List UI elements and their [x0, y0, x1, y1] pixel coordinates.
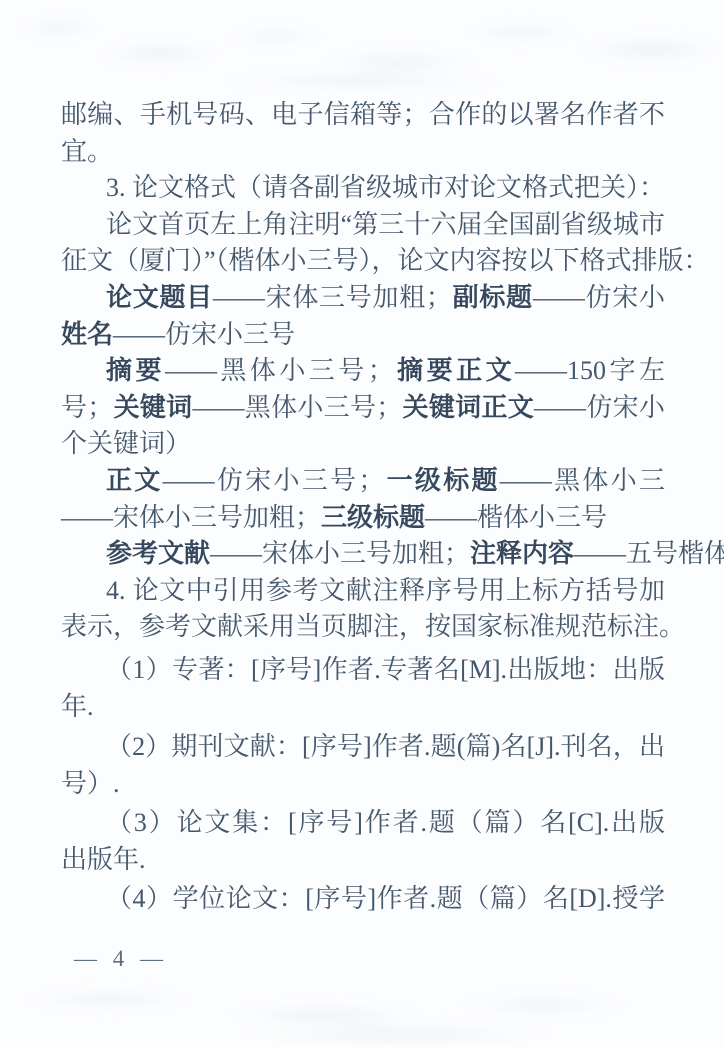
document-body: 邮编、手机号码、电子信箱等；合作的以署名作者不超过3人为宜。3. 论文格式（请各… — [61, 97, 665, 918]
text-run: ——仿宋小三号 — [113, 320, 295, 349]
text-line: 号）. — [61, 766, 665, 803]
text-run: 邮编、手机号码、电子信箱等；合作的以署名作者不超过3人为 — [61, 100, 665, 134]
text-line: 个关键词） — [61, 426, 665, 463]
text-run: 宜。 — [61, 137, 113, 166]
text-run: 论文首页左上角注明“第三十六届全国副省级城市法治论坛 — [61, 210, 665, 244]
document-page: 邮编、手机号码、电子信箱等；合作的以署名作者不超过3人为宜。3. 论文格式（请各… — [0, 0, 724, 1047]
text-line: 正文——仿宋小三号；一级标题——黑体小三号；二级标题 — [61, 463, 665, 500]
bold-run: 三级标题 — [321, 503, 425, 532]
text-run: 号）. — [61, 769, 120, 798]
bold-run: 副标题 — [452, 283, 533, 312]
text-run: 号； — [61, 393, 113, 422]
text-run: ——宋体小三号加粗； — [61, 503, 321, 532]
text-line: 3. 论文格式（请各副省级城市对论文格式把关）： — [61, 170, 665, 207]
bold-run: 摘要正文 — [394, 356, 515, 385]
text-run: 年. — [61, 692, 94, 721]
text-line: 征文（厦门）”（楷体小三号），论文内容按以下格式排版： — [61, 243, 665, 280]
text-run: 出版年. — [61, 845, 146, 874]
text-run: 4. 论文中引用参考文献注释序号用上标方括号加数字如[1] — [61, 576, 665, 610]
bold-run: 关键词正文 — [402, 393, 534, 422]
bold-run: 参考文献 — [106, 539, 210, 568]
text-run: 3. 论文格式（请各副省级城市对论文格式把关）： — [106, 173, 665, 202]
text-line: 邮编、手机号码、电子信箱等；合作的以署名作者不超过3人为 — [61, 97, 665, 134]
text-line: 姓名——仿宋小三号 — [61, 317, 665, 354]
text-run: ——五号楷体。 — [574, 539, 724, 568]
text-line: （4）学位论文：[序号]作者.题（篇）名[D].授学位地：授学 — [61, 881, 665, 918]
text-run: ——黑体小三号； — [192, 393, 402, 422]
text-run: ——宋体小三号加粗； — [210, 539, 470, 568]
bold-run: 正文 — [106, 466, 163, 495]
text-line: （2）期刊文献：[序号]作者.题(篇)名[J].刊名，出版年（期 — [61, 729, 665, 766]
text-run: ——仿宋小三号； — [163, 466, 385, 495]
bleed-through-top — [0, 2, 724, 88]
text-run: 征文（厦门）”（楷体小三号），论文内容按以下格式排版： — [61, 246, 710, 275]
bold-run: 姓名 — [61, 320, 113, 349]
text-run: ——楷体小三号 — [425, 503, 607, 532]
text-run: ——黑体小三号； — [165, 356, 394, 385]
bold-run: 论文题目 — [106, 283, 213, 312]
text-run: 个关键词） — [61, 429, 191, 458]
bold-run: 摘要 — [106, 356, 165, 385]
bold-run: 一级标题 — [384, 466, 499, 495]
text-run: （3）论文集：[序号]作者.题（篇）名[C].出版地：出版社， — [61, 808, 665, 842]
text-line: 论文首页左上角注明“第三十六届全国副省级城市法治论坛 — [61, 207, 665, 244]
text-line: （3）论文集：[序号]作者.题（篇）名[C].出版地：出版社， — [61, 805, 665, 842]
text-line: （1）专著：[序号]作者.专著名[M].出版地：出版社，出版 — [61, 652, 665, 689]
bleed-through-bottom — [0, 980, 724, 1044]
text-line: 年. — [61, 689, 665, 726]
text-line: 摘要——黑体小三号；摘要正文——150字左右，仿宋小三 — [61, 353, 665, 390]
text-run: （2）期刊文献：[序号]作者.题(篇)名[J].刊名，出版年（期 — [61, 732, 665, 766]
text-line: 论文题目——宋体三号加粗；副标题——仿宋小三号；作者 — [61, 280, 665, 317]
text-line: 号；关键词——黑体小三号；关键词正文——仿宋小三号（3-5 — [61, 390, 665, 427]
text-run: ——宋体三号加粗； — [213, 283, 452, 312]
text-line: 表示，参考文献采用当页脚注，按国家标准规范标注。 — [61, 609, 665, 646]
text-line: 4. 论文中引用参考文献注释序号用上标方括号加数字如[1] — [61, 573, 665, 610]
text-line: 出版年. — [61, 842, 665, 879]
bold-run: 注释内容 — [470, 539, 574, 568]
text-line: 宜。 — [61, 134, 665, 171]
text-run: 表示，参考文献采用当页脚注，按国家标准规范标注。 — [61, 612, 685, 641]
bold-run: 关键词 — [113, 393, 192, 422]
text-run: （4）学位论文：[序号]作者.题（篇）名[D].授学位地：授学 — [61, 884, 665, 918]
page-number: — 4 — — [74, 944, 168, 974]
text-run: （1）专著：[序号]作者.专著名[M].出版地：出版社，出版 — [61, 655, 665, 689]
text-line: 参考文献——宋体小三号加粗；注释内容——五号楷体。 — [61, 536, 665, 573]
text-line: ——宋体小三号加粗；三级标题——楷体小三号 — [61, 500, 665, 537]
